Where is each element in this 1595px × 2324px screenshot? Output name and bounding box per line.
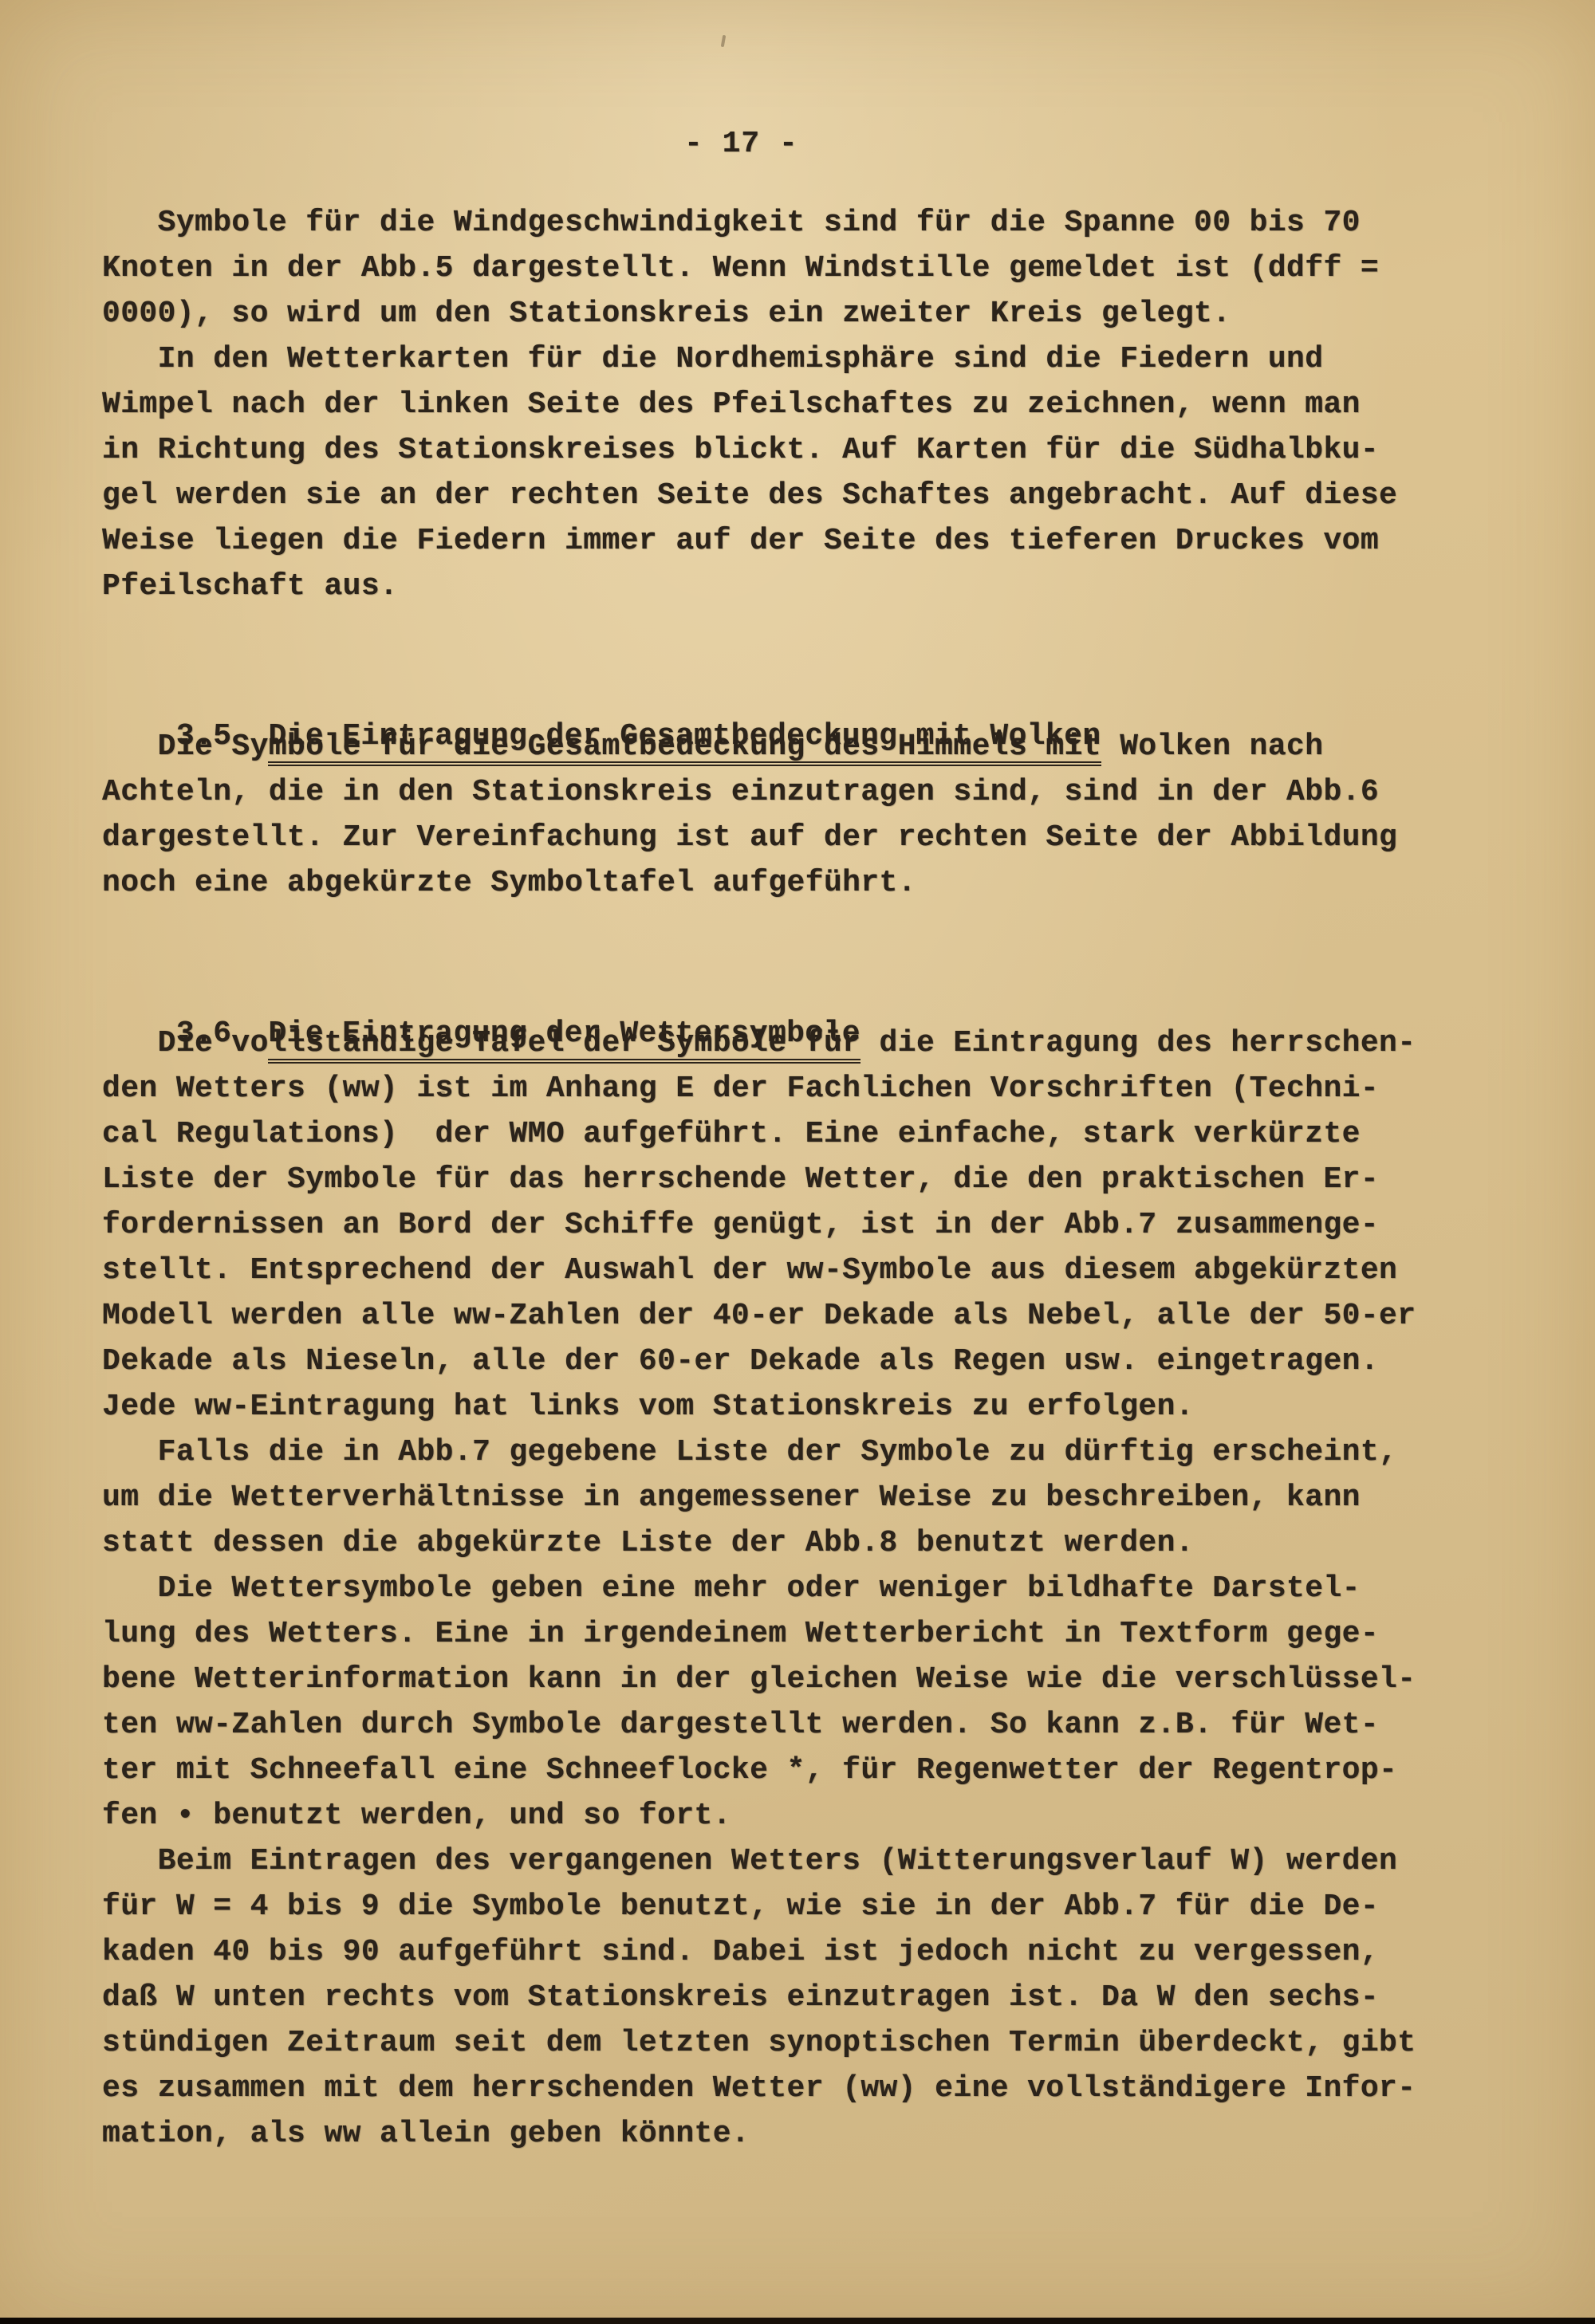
text-line: fen • benutzt werden, und so fort. [102,1793,1416,1838]
text-line: cal Regulations) der WMO aufgeführt. Ein… [102,1111,1416,1157]
scan-bottom-edge [0,2318,1595,2324]
text-line: Liste der Symbole für das herrschende We… [102,1157,1416,1202]
text-line: bene Wetterinformation kann in der gleic… [102,1657,1416,1702]
text-line: stündigen Zeitraum seit dem letzten syno… [102,2020,1416,2066]
text-line: dargestellt. Zur Vereinfachung ist auf d… [102,815,1397,860]
text-line: Die vollständige Tafel der Symbole für d… [102,1020,1416,1066]
scanned-document-page: - 17 - Symbole für die Windgeschwindigke… [0,0,1595,2324]
text-line: Die Symbole für die Gesamtbedeckung des … [102,724,1397,769]
text-line: lung des Wetters. Eine in irgendeinem We… [102,1611,1416,1657]
text-line: 0000), so wird um den Stationskreis ein … [102,291,1397,336]
text-line: daß W unten rechts vom Stationskreis ein… [102,1975,1416,2020]
text-line: In den Wetterkarten für die Nordhemisphä… [102,336,1397,382]
page-number: - 17 - [684,121,798,167]
text-line: Achteln, die in den Stationskreis einzut… [102,769,1397,815]
text-line: Dekade als Nieseln, alle der 60-er Dekad… [102,1339,1416,1384]
text-line: Knoten in der Abb.5 dargestellt. Wenn Wi… [102,246,1397,291]
section-3-5-body: Die Symbole für die Gesamtbedeckung des … [102,724,1397,906]
section-3-6-body: Die vollständige Tafel der Symbole für d… [102,1020,1416,2157]
text-line: fordernissen an Bord der Schiffe genügt,… [102,1202,1416,1248]
text-line: noch eine abgekürzte Symboltafel aufgefü… [102,860,1397,906]
text-line: es zusammen mit dem herrschenden Wetter … [102,2066,1416,2111]
text-line: stellt. Entsprechend der Auswahl der ww-… [102,1248,1416,1293]
text-line: Symbole für die Windgeschwindigkeit sind… [102,200,1397,246]
text-line: in Richtung des Stationskreises blickt. … [102,427,1397,473]
text-line: Modell werden alle ww-Zahlen der 40-er D… [102,1293,1416,1339]
intro-paragraphs: Symbole für die Windgeschwindigkeit sind… [102,200,1397,609]
text-line: Beim Eintragen des vergangenen Wetters (… [102,1838,1416,1884]
text-line: mation, als ww allein geben könnte. [102,2111,1416,2157]
text-line: Jede ww-Eintragung hat links vom Station… [102,1384,1416,1429]
text-line: für W = 4 bis 9 die Symbole benutzt, wie… [102,1884,1416,1929]
text-line: Die Wettersymbole geben eine mehr oder w… [102,1566,1416,1611]
text-line: um die Wetterverhältnisse in angemessene… [102,1475,1416,1520]
text-line: ter mit Schneefall eine Schneeflocke *, … [102,1748,1416,1793]
text-line: gel werden sie an der rechten Seite des … [102,473,1397,518]
scan-speckle [721,35,727,47]
text-line: Pfeilschaft aus. [102,564,1397,609]
text-line: Falls die in Abb.7 gegebene Liste der Sy… [102,1429,1416,1475]
text-line: kaden 40 bis 90 aufgeführt sind. Dabei i… [102,1929,1416,1975]
text-line: statt dessen die abgekürzte Liste der Ab… [102,1520,1416,1566]
text-line: Weise liegen die Fiedern immer auf der S… [102,518,1397,564]
text-line: ten ww-Zahlen durch Symbole dargestellt … [102,1702,1416,1748]
text-line: Wimpel nach der linken Seite des Pfeilsc… [102,382,1397,427]
text-line: den Wetters (ww) ist im Anhang E der Fac… [102,1066,1416,1111]
